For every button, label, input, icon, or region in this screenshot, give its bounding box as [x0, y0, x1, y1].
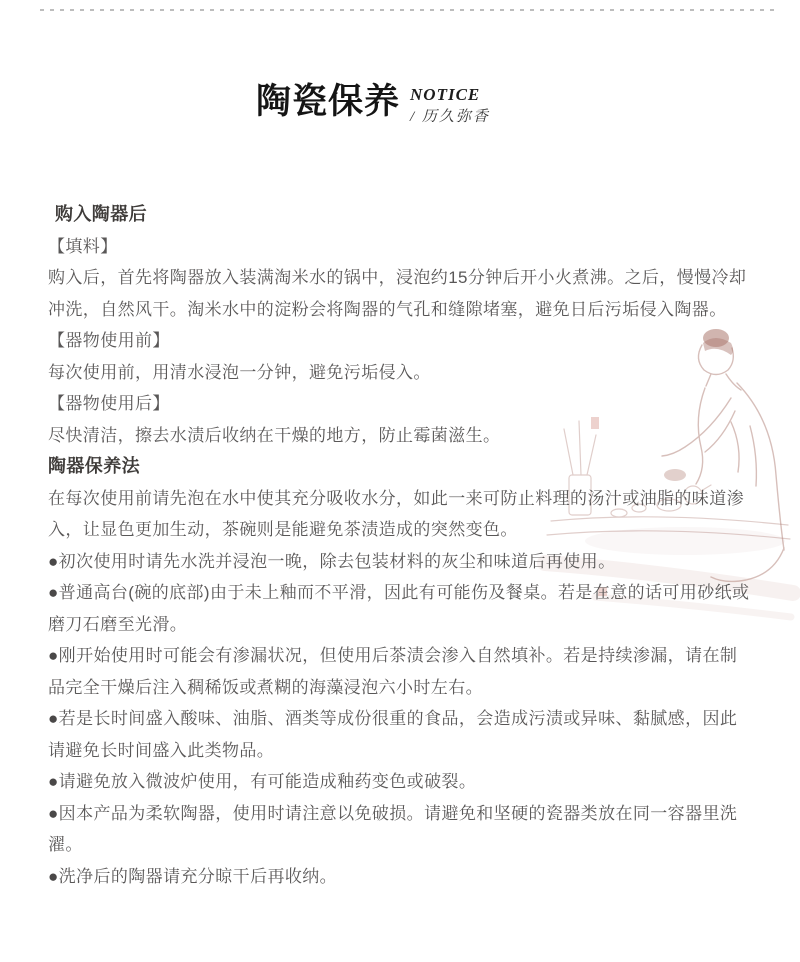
- section-care-method: 陶器保养法 在每次使用前请先泡在水中使其充分吸收水分，如此一来可防止料理的汤汁或…: [48, 451, 754, 892]
- bullet-icon: ●: [48, 867, 59, 886]
- title-side-block: NOTICE / 历久弥香: [410, 82, 490, 126]
- bullet-icon: ●: [48, 804, 59, 823]
- bullet-icon: ●: [48, 583, 59, 602]
- section-after-purchase: 购入陶器后 【填料】 购入后，首先将陶器放入装满淘米水的锅中，浸泡约15分钟后开…: [48, 199, 754, 451]
- bullet-icon: ●: [48, 646, 59, 665]
- care-tip-text: 若是长时间盛入酸味、油脂、酒类等成份很重的食品，会造成污渍或异味、黏腻感，因此请…: [48, 709, 737, 760]
- fill-paragraph: 购入后，首先将陶器放入装满淘米水的锅中，浸泡约15分钟后开小火煮沸。之后，慢慢冷…: [48, 262, 754, 325]
- after-use-paragraph: 尽快清洁，擦去水渍后收纳在干燥的地方，防止霉菌滋生。: [48, 420, 754, 452]
- notice-label: NOTICE: [410, 85, 490, 104]
- care-tip-text: 普通高台(碗的底部)由于未上釉而不平滑，因此有可能伤及餐桌。若是在意的话可用砂纸…: [48, 583, 749, 634]
- care-method-intro: 在每次使用前请先泡在水中使其充分吸收水分，如此一来可防止料理的汤汁或油脂的味道渗…: [48, 483, 754, 546]
- after-purchase-heading: 购入陶器后: [48, 199, 754, 231]
- fill-label: 【填料】: [48, 231, 754, 263]
- care-tip-text: 因本产品为柔软陶器，使用时请注意以免破损。请避免和坚硬的瓷器类放在同一容器里洗濯…: [48, 804, 737, 855]
- care-tip-item: ●请避免放入微波炉使用，有可能造成釉药变色或破裂。: [48, 766, 754, 798]
- bullet-icon: ●: [48, 552, 59, 571]
- care-tip-item: ●初次使用时请先水洗并浸泡一晚，除去包装材料的灰尘和味道后再使用。: [48, 546, 754, 578]
- care-tip-text: 刚开始使用时可能会有渗漏状况，但使用后茶渍会渗入自然填补。若是持续渗漏，请在制品…: [48, 646, 737, 697]
- care-tip-item: ●普通高台(碗的底部)由于未上釉而不平滑，因此有可能伤及餐桌。若是在意的话可用砂…: [48, 577, 754, 640]
- care-tip-item: ●因本产品为柔软陶器，使用时请注意以免破损。请避免和坚硬的瓷器类放在同一容器里洗…: [48, 798, 754, 861]
- before-use-label: 【器物使用前】: [48, 325, 754, 357]
- care-tip-item: ●刚开始使用时可能会有渗漏状况，但使用后茶渍会渗入自然填补。若是持续渗漏，请在制…: [48, 640, 754, 703]
- top-dashed-divider: [40, 9, 774, 11]
- ceramic-care-page: 陶瓷保养 NOTICE / 历久弥香: [0, 0, 800, 962]
- page-title: 陶瓷保养: [256, 82, 400, 122]
- tagline-text: / 历久弥香: [410, 108, 490, 126]
- before-use-paragraph: 每次使用前，用清水浸泡一分钟，避免污垢侵入。: [48, 357, 754, 389]
- care-tip-item: ●洗净后的陶器请充分晾干后再收纳。: [48, 861, 754, 893]
- care-tip-text: 洗净后的陶器请充分晾干后再收纳。: [59, 867, 337, 886]
- care-tip-text: 初次使用时请先水洗并浸泡一晚，除去包装材料的灰尘和味道后再使用。: [59, 552, 616, 571]
- care-method-heading: 陶器保养法: [48, 451, 754, 483]
- bullet-icon: ●: [48, 772, 59, 791]
- care-instructions: 购入陶器后 【填料】 购入后，首先将陶器放入装满淘米水的锅中，浸泡约15分钟后开…: [48, 199, 754, 892]
- care-tip-text: 请避免放入微波炉使用，有可能造成釉药变色或破裂。: [59, 772, 477, 791]
- care-tip-item: ●若是长时间盛入酸味、油脂、酒类等成份很重的食品，会造成污渍或异味、黏腻感，因此…: [48, 703, 754, 766]
- bullet-icon: ●: [48, 709, 59, 728]
- page-header: 陶瓷保养 NOTICE / 历久弥香: [256, 82, 490, 126]
- after-use-label: 【器物使用后】: [48, 388, 754, 420]
